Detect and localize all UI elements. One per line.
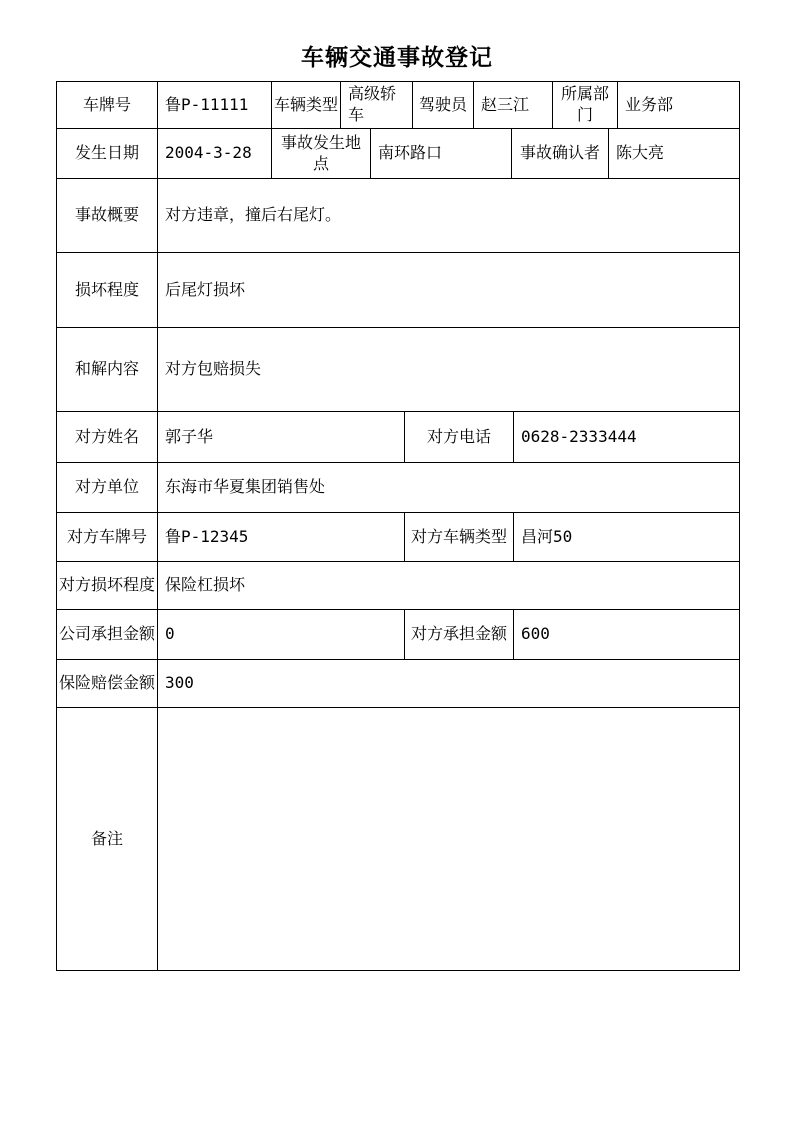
damage-degree-value: 后尾灯损坏	[158, 253, 740, 328]
remarks-value	[158, 708, 740, 971]
opponent-vehicle-type-value: 昌河50	[514, 513, 740, 562]
department-label: 所属部门	[553, 82, 618, 129]
driver-value: 赵三江	[474, 82, 553, 129]
opponent-damage-label: 对方损坏程度	[57, 562, 158, 610]
company-amount-value: 0	[158, 610, 405, 660]
accident-date-label: 发生日期	[57, 129, 158, 179]
page-title: 车辆交通事故登记	[0, 39, 794, 72]
table-row: 保险赔偿金额 300	[57, 660, 740, 708]
opponent-unit-value: 东海市华夏集团销售处	[158, 463, 740, 513]
table-row: 发生日期 2004-3-28 事故发生地点 南环路口 事故确认者 陈大亮	[57, 129, 740, 179]
driver-label: 驾驶员	[413, 82, 474, 129]
vehicle-type-value: 高级轿车	[341, 82, 413, 129]
settlement-content-label: 和解内容	[57, 328, 158, 412]
vehicle-type-label: 车辆类型	[272, 82, 341, 129]
department-value: 业务部	[618, 82, 740, 129]
plate-number-value: 鲁P-11111	[158, 82, 272, 129]
remarks-label: 备注	[57, 708, 158, 971]
opponent-name-label: 对方姓名	[57, 412, 158, 463]
company-amount-label: 公司承担金额	[57, 610, 158, 660]
table-row: 车牌号 鲁P-11111 车辆类型 高级轿车 驾驶员 赵三江 所属部门 业务部	[57, 82, 740, 129]
opponent-damage-value: 保险杠损坏	[158, 562, 740, 610]
table-row: 公司承担金额 0 对方承担金额 600	[57, 610, 740, 660]
insurance-amount-value: 300	[158, 660, 740, 708]
confirmer-value: 陈大亮	[609, 129, 740, 179]
accident-form-table: 车牌号 鲁P-11111 车辆类型 高级轿车 驾驶员 赵三江 所属部门 业务部 …	[56, 81, 740, 971]
opponent-unit-label: 对方单位	[57, 463, 158, 513]
opponent-amount-label: 对方承担金额	[405, 610, 514, 660]
page: 车辆交通事故登记 车牌号 鲁P-11111 车辆类型 高级轿车 驾驶员 赵三江 …	[0, 0, 794, 1143]
table-row: 对方车牌号 鲁P-12345 对方车辆类型 昌河50	[57, 513, 740, 562]
plate-number-label: 车牌号	[57, 82, 158, 129]
accident-summary-label: 事故概要	[57, 179, 158, 253]
table-row: 和解内容 对方包赔损失	[57, 328, 740, 412]
opponent-name-value: 郭子华	[158, 412, 405, 463]
accident-location-value: 南环路口	[371, 129, 512, 179]
opponent-plate-value: 鲁P-12345	[158, 513, 405, 562]
table-row: 对方姓名 郭子华 对方电话 0628-2333444	[57, 412, 740, 463]
table-row: 对方损坏程度 保险杠损坏	[57, 562, 740, 610]
accident-summary-value: 对方违章，撞后右尾灯。	[158, 179, 740, 253]
settlement-content-value: 对方包赔损失	[158, 328, 740, 412]
table-row: 备注	[57, 708, 740, 971]
opponent-amount-value: 600	[514, 610, 740, 660]
table-row: 对方单位 东海市华夏集团销售处	[57, 463, 740, 513]
insurance-amount-label: 保险赔偿金额	[57, 660, 158, 708]
opponent-vehicle-type-label: 对方车辆类型	[405, 513, 514, 562]
table-row: 损坏程度 后尾灯损坏	[57, 253, 740, 328]
confirmer-label: 事故确认者	[512, 129, 609, 179]
opponent-phone-label: 对方电话	[405, 412, 514, 463]
accident-location-label: 事故发生地点	[272, 129, 371, 179]
damage-degree-label: 损坏程度	[57, 253, 158, 328]
opponent-phone-value: 0628-2333444	[514, 412, 740, 463]
accident-date-value: 2004-3-28	[158, 129, 272, 179]
table-row: 事故概要 对方违章，撞后右尾灯。	[57, 179, 740, 253]
opponent-plate-label: 对方车牌号	[57, 513, 158, 562]
